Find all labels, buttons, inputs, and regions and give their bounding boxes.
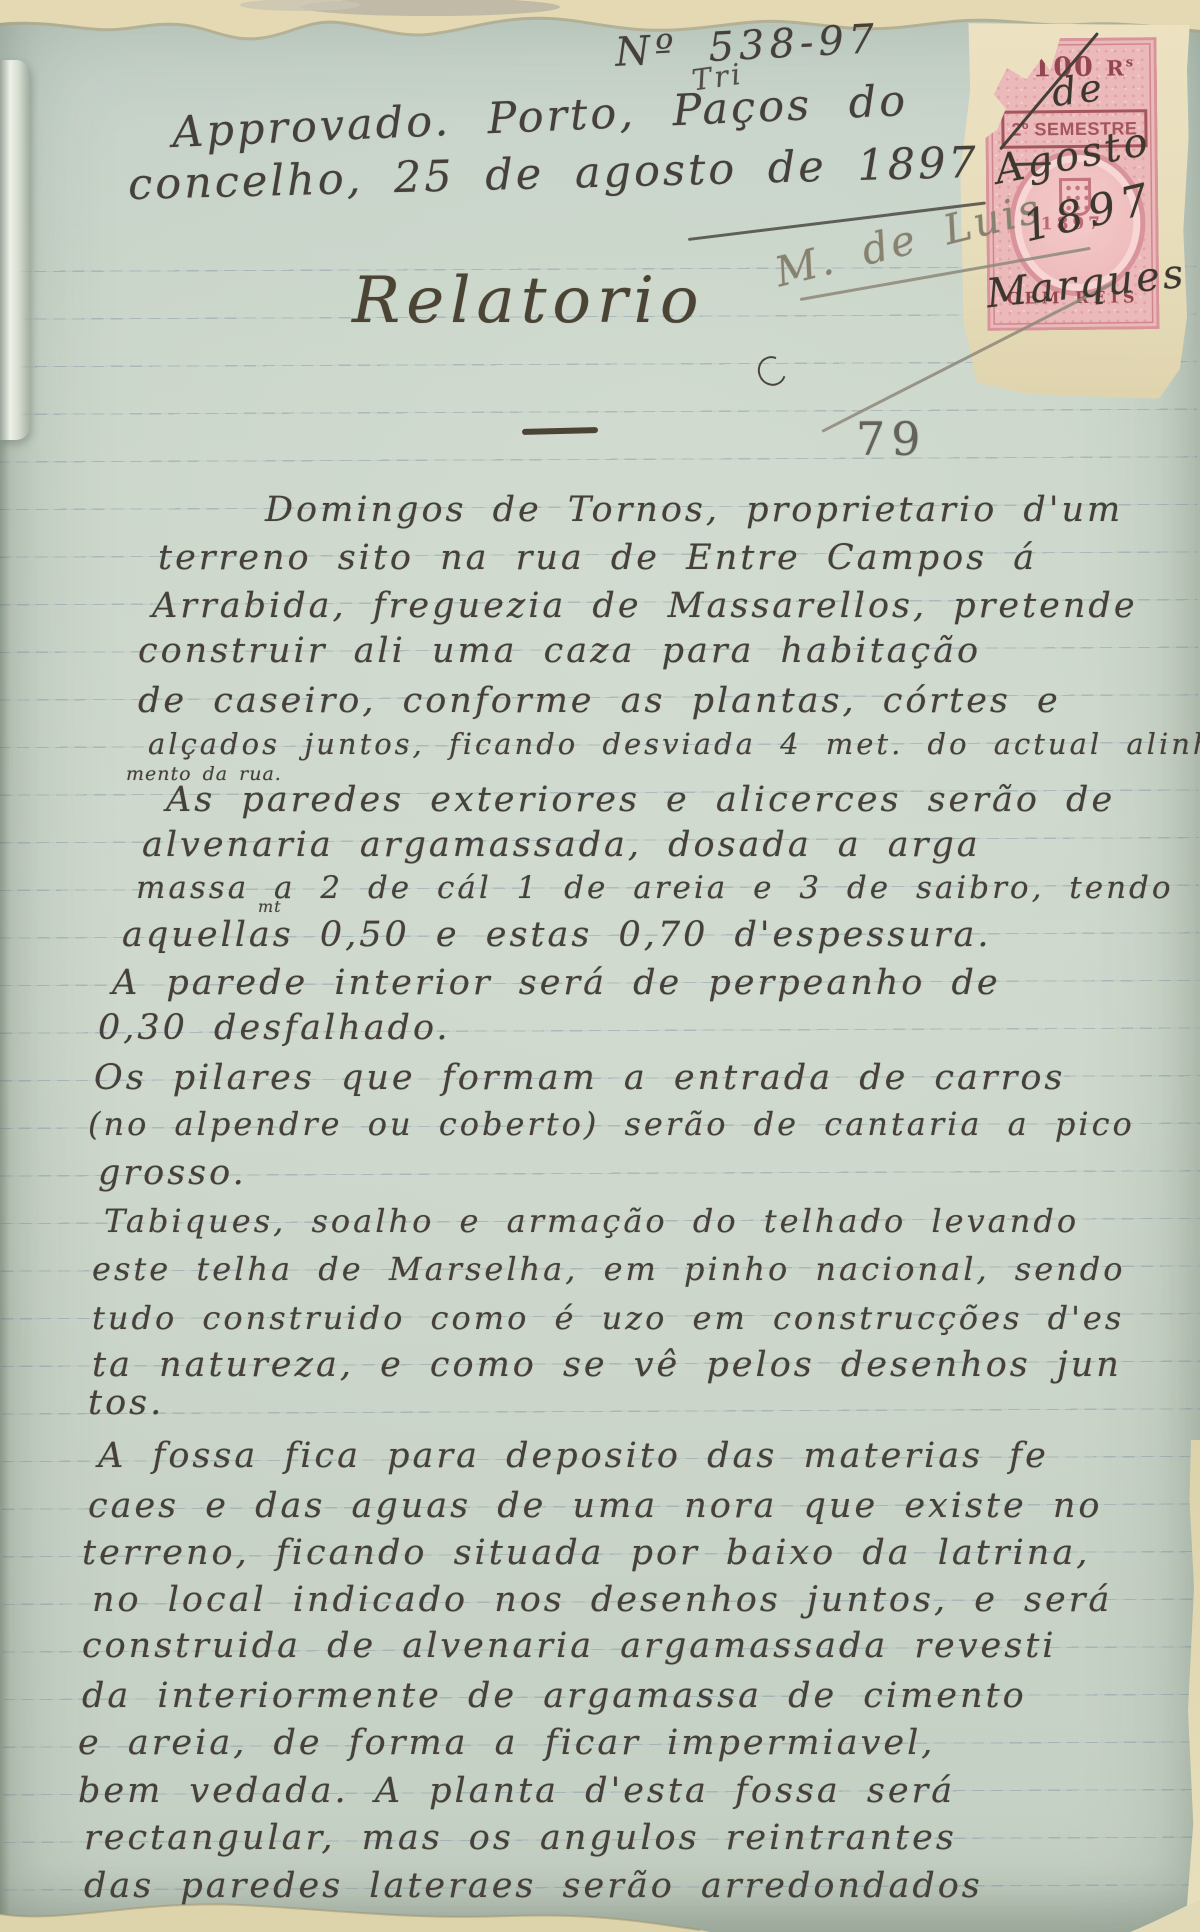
manuscript-line: este telha de Marselha, em pinho naciona… <box>92 1252 1126 1287</box>
manuscript-line: massa a 2 de cál 1 de areia e 3 de saibr… <box>136 871 1174 905</box>
stamp-handwriting-de: de <box>1050 67 1108 115</box>
manuscript-line: da interiormente de argamassa de cimento <box>82 1677 1027 1716</box>
manuscript-line: de caseiro, conforme as plantas, córtes … <box>138 682 1061 721</box>
manuscript-line: (no alpendre ou coberto) serão de cantar… <box>88 1107 1135 1142</box>
page-edge-left-shadow <box>0 420 10 1932</box>
manuscript-page: Nº 538-97 Tri Approvado. Porto, Paços do… <box>0 0 1200 1932</box>
document-title: Relatorio <box>352 266 705 336</box>
manuscript-line: caes e das aguas de uma nora que existe … <box>88 1487 1102 1526</box>
manuscript-line: das paredes lateraes serão arredondados <box>84 1867 983 1906</box>
manuscript-line: A parede interior será de perpeanho de <box>112 964 1001 1003</box>
stamp-value-unit: R <box>1106 55 1126 80</box>
manuscript-line: rectangular, mas os angulos reintrantes <box>84 1819 957 1858</box>
superscript-note: mt <box>258 898 282 916</box>
manuscript-line: ta natureza, e como se vê pelos desenhos… <box>92 1346 1122 1385</box>
manuscript-line: Tabiques, soalho e armação do telhado le… <box>104 1204 1079 1239</box>
manuscript-line: grosso. <box>98 1154 247 1193</box>
manuscript-line: As paredes exteriores e alicerces serão … <box>166 781 1115 820</box>
manuscript-line: terreno, ficando situada por baixo da la… <box>82 1534 1090 1573</box>
page-curl-left <box>0 60 30 440</box>
manuscript-line: Domingos de Tornos, proprietario d'um <box>265 491 1123 530</box>
manuscript-line: tos. <box>88 1384 164 1423</box>
manuscript-line: no local indicado nos desenhos juntos, e… <box>92 1581 1112 1620</box>
manuscript-line: e areia, de forma a ficar impermiavel, <box>78 1724 935 1763</box>
manuscript-line: tudo construido como é uzo em construcçõ… <box>92 1301 1124 1336</box>
manuscript-line: construida de alvenaria argamassada reve… <box>82 1627 1056 1666</box>
manuscript-line: terreno sito na rua de Entre Campos á <box>158 539 1037 578</box>
manuscript-line: alçados juntos, ficando desviada 4 met. … <box>148 729 1200 761</box>
manuscript-line: A fossa fica para deposito das materias … <box>98 1437 1049 1476</box>
manuscript-line: Os pilares que formam a entrada de carro… <box>94 1059 1065 1098</box>
manuscript-line: Arrabida, freguezia de Massarellos, pret… <box>152 587 1138 626</box>
page-number: 79 <box>856 412 927 466</box>
manuscript-line: construir ali uma caza para habitação <box>138 632 981 671</box>
manuscript-line: aquellas 0,50 e estas 0,70 d'espessura. <box>122 916 992 955</box>
manuscript-line: bem vedada. A planta d'esta fossa será <box>78 1772 955 1811</box>
manuscript-line: alvenaria argamassada, dosada a arga <box>142 826 981 865</box>
manuscript-line: 0,30 desfalhado. <box>98 1009 451 1048</box>
